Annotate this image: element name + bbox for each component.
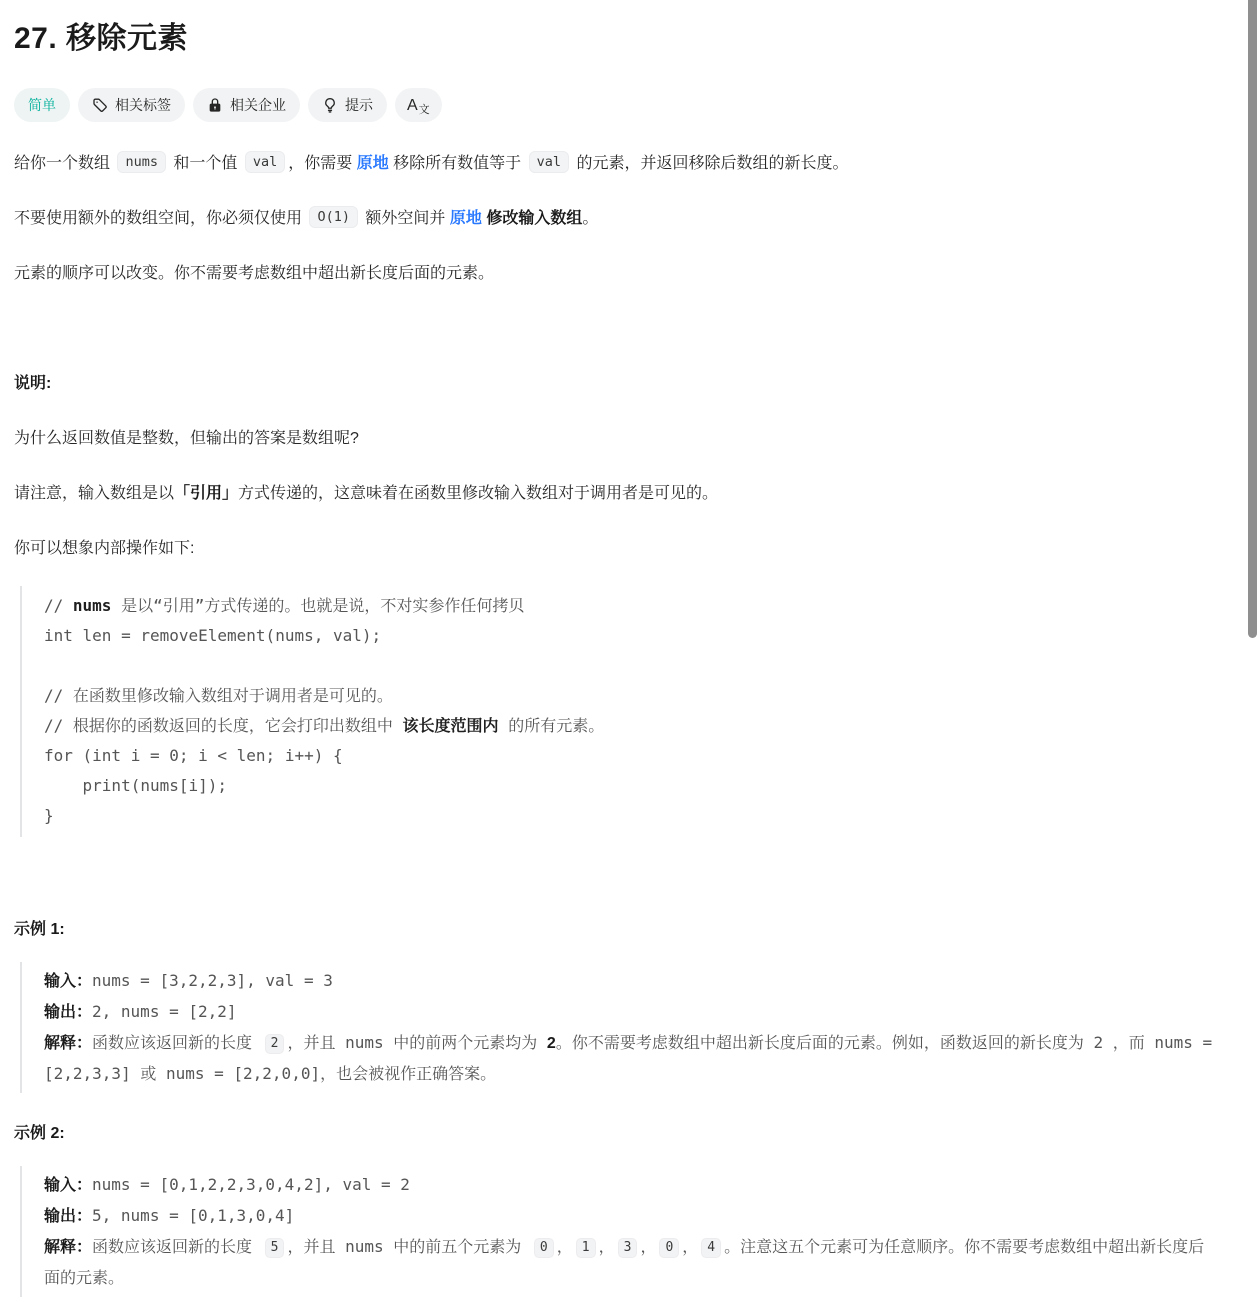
- input-label: 输入：: [44, 973, 92, 990]
- note-reference: 请注意，输入数组是以「引用」方式传递的，这意味着在函数里修改输入数组对于调用者是…: [14, 481, 1230, 507]
- example-output-row: 输出：5, nums = [0,1,3,0,4]: [44, 1201, 1220, 1232]
- statement-text: 给你一个数组: [14, 155, 114, 172]
- translate-icon: A文: [407, 97, 430, 114]
- note-imagine: 你可以想象内部操作如下:: [14, 536, 1230, 562]
- in-place-link[interactable]: 原地: [357, 155, 389, 172]
- input-value: nums = [3,2,2,3], val = 3: [92, 971, 333, 990]
- output-label: 输出：: [44, 1208, 92, 1225]
- explain-text: ，: [599, 1237, 615, 1256]
- code-line-empty: [44, 651, 1230, 681]
- related-tags-badge[interactable]: 相关标签: [78, 88, 185, 122]
- inline-code-chip: nums: [117, 151, 166, 173]
- example-2-block: 输入：nums = [0,1,2,2,3,0,4,2], val = 2 输出：…: [20, 1166, 1230, 1297]
- explain-text: ，并且 nums 中的前两个元素均为: [287, 1033, 546, 1052]
- notes-heading: 说明:: [14, 371, 1230, 397]
- value-chip: 1: [576, 1238, 596, 1258]
- statement-text: 移除所有数值等于: [389, 155, 526, 172]
- code-line: int len = removeElement(nums, val);: [44, 621, 1230, 651]
- hint-badge[interactable]: 提示: [308, 88, 387, 122]
- note-text: 方式传递的，这意味着在函数里修改输入数组对于调用者是可见的。: [238, 485, 718, 502]
- code-line: // 根据你的函数返回的长度，它会打印出数组中 该长度范围内 的所有元素。: [44, 711, 1230, 741]
- example-output-row: 输出：2, nums = [2,2]: [44, 997, 1220, 1028]
- page-title: 27. 移除元素: [14, 20, 1230, 58]
- explain-label: 解释：: [44, 1035, 92, 1052]
- code-line: for (int i = 0; i < len; i++) {: [44, 741, 1230, 771]
- example-input-row: 输入：nums = [0,1,2,2,3,0,4,2], val = 2: [44, 1170, 1220, 1201]
- explain-text: 函数应该返回新的长度: [92, 1237, 262, 1256]
- explain-text: ，: [640, 1237, 656, 1256]
- note-text: 请注意，输入数组是以: [14, 485, 174, 502]
- explain-text: ，: [557, 1237, 573, 1256]
- code-bold: 该长度范围内: [403, 716, 499, 735]
- scrollbar-thumb[interactable]: [1248, 0, 1257, 638]
- inline-code-chip: O(1): [309, 206, 358, 228]
- example-explain-row: 解释：函数应该返回新的长度 2，并且 nums 中的前两个元素均为 2。你不需要…: [44, 1028, 1220, 1089]
- example-1-block: 输入：nums = [3,2,2,3], val = 3 输出：2, nums …: [20, 962, 1230, 1093]
- output-label: 输出：: [44, 1004, 92, 1021]
- note-question: 为什么返回数值是整数，但输出的答案是数组呢?: [14, 426, 1230, 452]
- value-chip: 2: [265, 1034, 285, 1054]
- statement-text: 的元素，并返回移除后数组的新长度。: [572, 155, 848, 172]
- tag-icon: [92, 97, 108, 113]
- problem-description-panel: 27. 移除元素 简单 相关标签 相关企业 提示 A文: [0, 0, 1258, 1297]
- problem-statement-2: 不要使用额外的数组空间，你必须仅使用 O(1) 额外空间并 原地 修改输入数组。: [14, 206, 1230, 232]
- code-line: // nums 是以“引用”方式传递的。也就是说，不对实参作任何拷贝: [44, 591, 1230, 621]
- related-tags-label: 相关标签: [115, 95, 171, 115]
- note-bold: 「引用」: [174, 485, 238, 502]
- problem-statement-3: 元素的顺序可以改变。你不需要考虑数组中超出新长度后面的元素。: [14, 261, 1230, 287]
- scrollbar: [1248, 0, 1258, 1302]
- statement-bold: 修改输入数组: [486, 210, 582, 227]
- explain-text: ，: [682, 1237, 698, 1256]
- difficulty-label: 简单: [28, 95, 56, 115]
- code-line: }: [44, 801, 1230, 831]
- translate-badge[interactable]: A文: [395, 88, 442, 122]
- example-2-heading: 示例 2:: [14, 1121, 1230, 1147]
- value-chip: 5: [265, 1238, 285, 1258]
- example-1-heading: 示例 1:: [14, 917, 1230, 943]
- difficulty-badge[interactable]: 简单: [14, 88, 70, 122]
- inline-code-chip: val: [529, 151, 569, 173]
- badge-row: 简单 相关标签 相关企业 提示 A文: [14, 88, 1230, 122]
- hint-label: 提示: [345, 95, 373, 115]
- problem-statement-1: 给你一个数组 nums 和一个值 val，你需要 原地 移除所有数值等于 val…: [14, 151, 1230, 177]
- code-bold: nums: [73, 596, 112, 615]
- lock-icon: [207, 97, 223, 113]
- inline-code-chip: val: [245, 151, 285, 173]
- in-place-link[interactable]: 原地: [450, 210, 482, 227]
- bulb-icon: [322, 97, 338, 113]
- code-line: // 在函数里修改输入数组对于调用者是可见的。: [44, 681, 1230, 711]
- example-input-row: 输入：nums = [3,2,2,3], val = 3: [44, 966, 1220, 997]
- code-line: print(nums[i]);: [44, 771, 1230, 801]
- statement-text: ，你需要: [288, 155, 356, 172]
- value-chip: 0: [534, 1238, 554, 1258]
- value-chip: 0: [659, 1238, 679, 1258]
- explain-text: ，并且 nums 中的前五个元素为: [287, 1237, 530, 1256]
- value-chip: 4: [701, 1238, 721, 1258]
- example-explain-row: 解释：函数应该返回新的长度 5，并且 nums 中的前五个元素为 0，1，3，0…: [44, 1232, 1220, 1293]
- explain-text: 函数应该返回新的长度: [92, 1033, 262, 1052]
- statement-text: 不要使用额外的数组空间，你必须仅使用: [14, 210, 306, 227]
- output-value: 2, nums = [2,2]: [92, 1002, 237, 1021]
- related-companies-label: 相关企业: [230, 95, 286, 115]
- code-block: // nums 是以“引用”方式传递的。也就是说，不对实参作任何拷贝 int l…: [20, 586, 1230, 837]
- input-label: 输入：: [44, 1177, 92, 1194]
- output-value: 5, nums = [0,1,3,0,4]: [92, 1206, 294, 1225]
- input-value: nums = [0,1,2,2,3,0,4,2], val = 2: [92, 1175, 410, 1194]
- related-companies-badge[interactable]: 相关企业: [193, 88, 300, 122]
- explain-label: 解释：: [44, 1239, 92, 1256]
- explain-bold: 2: [547, 1035, 556, 1052]
- statement-text: 。: [582, 210, 598, 227]
- value-chip: 3: [618, 1238, 638, 1258]
- statement-text: 额外空间并: [361, 210, 450, 227]
- statement-text: 和一个值: [169, 155, 242, 172]
